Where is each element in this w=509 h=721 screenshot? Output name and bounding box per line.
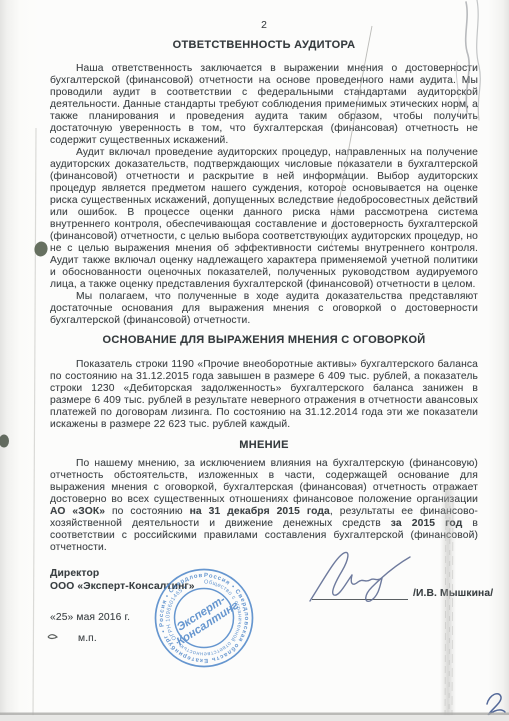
- basis-paragraph: Показатель строки 1190 «Прочие внеоборот…: [50, 359, 478, 431]
- heading-opinion: МНЕНИЕ: [50, 439, 478, 452]
- seal-mark-label: м.п.: [50, 633, 478, 645]
- opinion-company-name: АО «ЗОК»: [50, 506, 105, 517]
- handwritten-signature: [306, 549, 414, 605]
- opinion-paragraph: По нашему мнению, за исключением влияния…: [50, 458, 478, 554]
- report-body: 2 ОТВЕТСТВЕННОСТЬ АУДИТОРА Наша ответств…: [0, 0, 509, 645]
- opinion-segment-3: по состоянию: [105, 506, 189, 517]
- heading-basis-for-qualified-opinion: ОСНОВАНИЕ ДЛЯ ВЫРАЖЕНИЯ МНЕНИЯ С ОГОВОРК…: [50, 334, 478, 347]
- report-date: «25» мая 2016 г.: [50, 612, 478, 624]
- signer-name: /И.В. Мышкина/: [413, 588, 493, 600]
- signature-line: [312, 553, 408, 600]
- scan-artifact-bottom-margin: [0, 715, 509, 721]
- page-number: 2: [50, 20, 478, 32]
- opinion-year-bold: за 2015 год: [391, 518, 463, 529]
- opinion-date-bold: на 31 декабря 2015 года: [190, 506, 330, 517]
- responsibility-paragraph-3: Мы полагаем, что полученные в ходе аудит…: [50, 291, 478, 327]
- signature-block: Директор ООО «Эксперт-Консалтинг» /И.В. …: [50, 567, 478, 645]
- scanned-page: 2 ОТВЕТСТВЕННОСТЬ АУДИТОРА Наша ответств…: [0, 0, 509, 721]
- heading-auditor-responsibility: ОТВЕТСТВЕННОСТЬ АУДИТОРА: [50, 39, 478, 52]
- handwritten-page-number: [487, 694, 505, 715]
- responsibility-paragraph-1: Наша ответственность заключается в выраж…: [50, 63, 478, 147]
- opinion-segment-1: По нашему мнению, за исключением влияния…: [50, 458, 478, 505]
- signature-area: /И.В. Мышкина/: [312, 553, 493, 600]
- responsibility-paragraph-2: Аудит включал проведение аудиторских про…: [50, 147, 478, 291]
- scan-artifact-bottom-edge: [0, 713, 509, 716]
